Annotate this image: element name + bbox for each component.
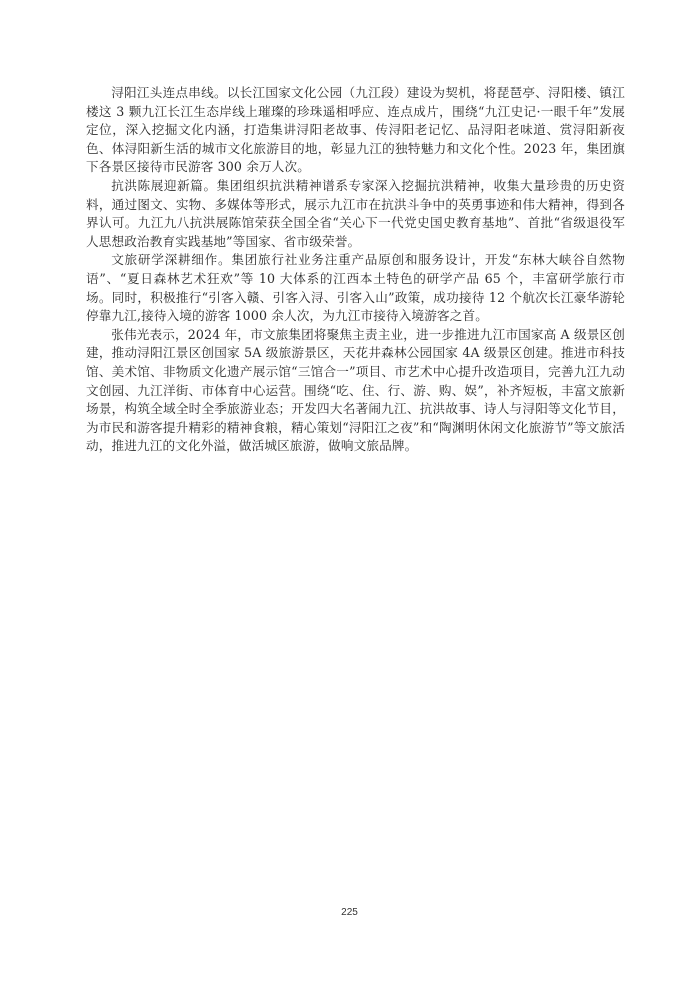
paragraph-2024-plan: 张伟光表示，2024 年，市文旅集团将聚焦主责主业，进一步推进九江市国家高 A … [86,326,625,456]
paragraph-xunyang-riverside: 浔阳江头连点串线。以长江国家文化公园（九江段）建设为契机，将琵琶亭、浔阳楼、镇江… [86,84,625,177]
article-body: 浔阳江头连点串线。以长江国家文化公园（九江段）建设为契机，将琵琶亭、浔阳楼、镇江… [86,84,625,456]
paragraph-flood-exhibition: 抗洪陈展迎新篇。集团组织抗洪精神谱系专家深入挖掘抗洪精神，收集大量珍贵的历史资料… [86,177,625,251]
document-page: 浔阳江头连点串线。以长江国家文化公园（九江段）建设为契机，将琵琶亭、浔阳楼、镇江… [0,0,699,987]
paragraph-study-tourism: 文旅研学深耕细作。集团旅行社业务注重产品原创和服务设计，开发“东林大峡谷自然物语… [86,251,625,325]
page-number: 225 [0,907,699,918]
